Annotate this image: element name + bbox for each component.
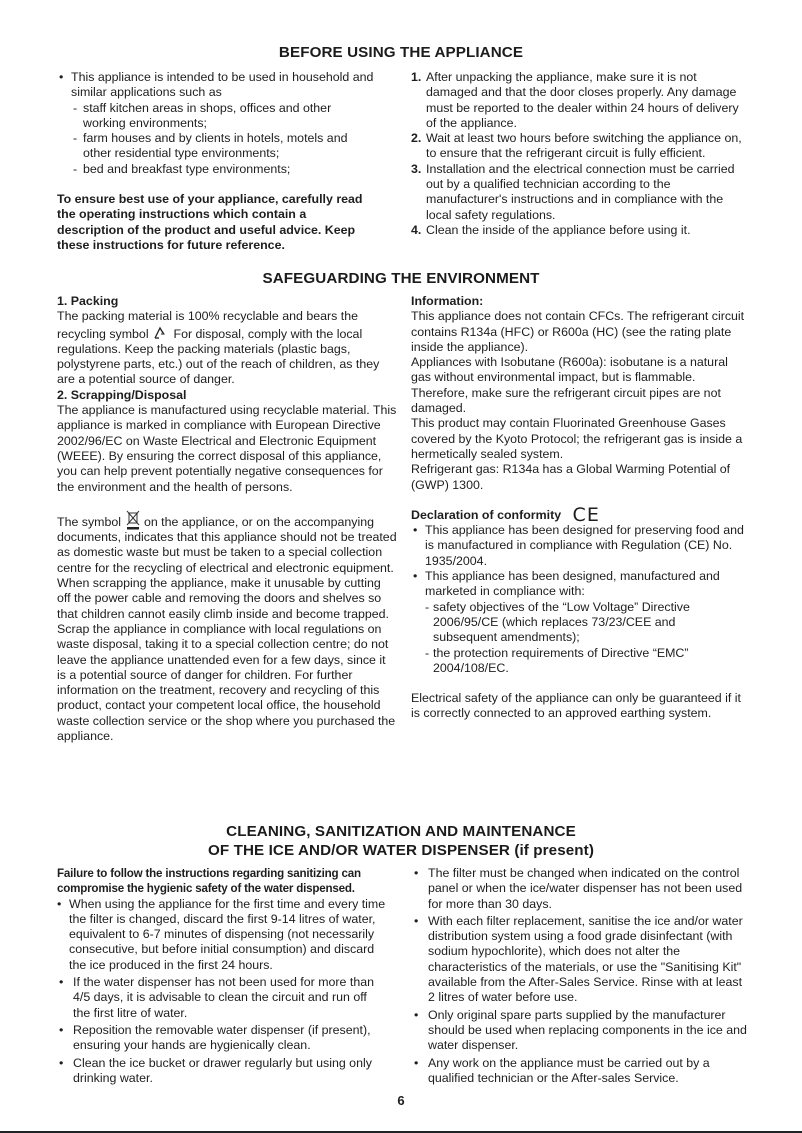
- bullet-glyph: •: [413, 569, 417, 584]
- information-para: Appliances with Isobutane (R600a): isobu…: [411, 355, 751, 416]
- bullet-glyph: •: [413, 523, 417, 538]
- cleaning-bullet: • Only original spare parts supplied by …: [412, 1008, 748, 1054]
- sub-item: - staff kitchen areas in shops, offices …: [57, 101, 377, 132]
- conformity-sub-item: - the protection requirements of Directi…: [411, 646, 729, 677]
- cleaning-bullet-text: The filter must be changed when indicate…: [428, 866, 742, 911]
- before-using-left-column: • This appliance is intended to be used …: [57, 70, 377, 253]
- intended-use-text: This appliance is intended to be used in…: [71, 70, 373, 99]
- environment-left-column: 1. Packing The packing material is 100% …: [57, 294, 397, 744]
- scrapping-para-1: The appliance is manufactured using recy…: [57, 403, 397, 495]
- dash-glyph: -: [73, 131, 77, 146]
- cleaning-bullet: • Any work on the appliance must be carr…: [412, 1056, 748, 1087]
- before-using-steps: 1. After unpacking the appliance, make s…: [411, 70, 747, 238]
- sub-item: - farm houses and by clients in hotels, …: [57, 131, 377, 162]
- environment-right-column: Information: This appliance does not con…: [411, 294, 751, 722]
- cleaning-bullet-text: Clean the ice bucket or drawer regularly…: [73, 1056, 372, 1085]
- step-item: 2. Wait at least two hours before switch…: [411, 131, 747, 162]
- cleaning-bullet-text: When using the appliance for the first t…: [69, 897, 385, 972]
- conformity-sub-text: the protection requirements of Directive…: [433, 646, 688, 675]
- cleaning-bullet-text: Only original spare parts supplied by th…: [428, 1008, 747, 1053]
- dash-glyph: -: [425, 600, 429, 615]
- step-text: Clean the inside of the appliance before…: [426, 223, 691, 237]
- information-para: Refrigerant gas: R134a has a Global Warm…: [411, 462, 751, 493]
- sub-item: - bed and breakfast type environments;: [57, 162, 377, 177]
- weee-symbol-para: The symbol on the appliance, or on the a…: [57, 510, 397, 576]
- bullet-glyph: •: [59, 975, 63, 990]
- cleaning-title-line-2: OF THE ICE AND/OR WATER DISPENSER (if pr…: [0, 841, 802, 860]
- intended-use-bullet: • This appliance is intended to be used …: [57, 70, 377, 101]
- dash-glyph: -: [425, 646, 429, 661]
- cleaning-bullet-text: Reposition the removable water dispenser…: [73, 1023, 371, 1052]
- conformity-heading-text: Declaration of conformity: [411, 508, 561, 522]
- conformity-bullet-text: This appliance has been designed, manufa…: [425, 569, 720, 598]
- conformity-sub-item: - safety objectives of the “Low Voltage”…: [411, 600, 729, 646]
- bullet-glyph: •: [59, 1056, 63, 1071]
- cleaning-bullet: • If the water dispenser has not been us…: [57, 975, 387, 1021]
- dash-glyph: -: [73, 101, 77, 116]
- sub-item-text: bed and breakfast type environments;: [83, 162, 290, 176]
- step-item: 4. Clean the inside of the appliance bef…: [411, 223, 747, 238]
- conformity-heading: Declaration of conformity CE: [411, 508, 751, 523]
- information-heading: Information:: [411, 294, 751, 309]
- step-item: 3. Installation and the electrical conne…: [411, 162, 747, 223]
- conformity-bullet: • This appliance has been designed, manu…: [411, 569, 751, 600]
- cleaning-title-line-1: CLEANING, SANITIZATION AND MAINTENANCE: [0, 822, 802, 841]
- cleaning-bullet-text: Any work on the appliance must be carrie…: [428, 1056, 710, 1085]
- information-para: This appliance does not contain CFCs. Th…: [411, 309, 751, 355]
- step-number: 3.: [411, 162, 421, 177]
- conformity-bullet-text: This appliance has been designed for pre…: [425, 523, 744, 568]
- crossed-bin-icon: [126, 510, 140, 530]
- step-text: Installation and the electrical connecti…: [426, 162, 735, 222]
- cleaning-bullet: • With each filter replacement, sanitise…: [412, 914, 748, 1006]
- scrapping-para-4: Scrap the appliance in compliance with l…: [57, 622, 397, 744]
- packing-heading: 1. Packing: [57, 294, 397, 309]
- sub-item-text: farm houses and by clients in hotels, mo…: [83, 131, 347, 160]
- sanitizing-warning: Failure to follow the instructions regar…: [57, 866, 387, 897]
- cleaning-bullet: • Reposition the removable water dispens…: [57, 1023, 387, 1054]
- cleaning-bullet: • When using the appliance for the first…: [57, 897, 387, 973]
- bullet-glyph: •: [59, 1023, 63, 1038]
- step-item: 1. After unpacking the appliance, make s…: [411, 70, 747, 131]
- step-number: 2.: [411, 131, 421, 146]
- cleaning-bullet-text: With each filter replacement, sanitise t…: [428, 914, 743, 1004]
- sub-item-text: staff kitchen areas in shops, offices an…: [83, 101, 331, 130]
- bullet-glyph: •: [414, 866, 418, 881]
- read-instructions-note: To ensure best use of your appliance, ca…: [57, 192, 372, 253]
- recycling-symbol-icon: [153, 325, 169, 341]
- weee-text-start: The symbol: [57, 515, 121, 529]
- ce-mark-icon: CE: [573, 508, 600, 523]
- bullet-glyph: •: [414, 914, 418, 929]
- cleaning-bullet-text: If the water dispenser has not been used…: [73, 975, 374, 1020]
- cleaning-left-column: Failure to follow the instructions regar…: [57, 866, 387, 1088]
- page-number: 6: [0, 1093, 802, 1108]
- bullet-glyph: •: [414, 1008, 418, 1023]
- conformity-bullet: • This appliance has been designed for p…: [411, 523, 751, 569]
- dash-glyph: -: [73, 162, 77, 177]
- packing-text: The packing material is 100% recyclable …: [57, 309, 397, 387]
- cleaning-bullet: • Clean the ice bucket or drawer regular…: [57, 1056, 387, 1087]
- step-text: After unpacking the appliance, make sure…: [426, 70, 739, 130]
- step-text: Wait at least two hours before switching…: [426, 131, 742, 160]
- bullet-glyph: •: [59, 70, 63, 85]
- section-title-before-using: BEFORE USING THE APPLIANCE: [0, 45, 802, 60]
- bullet-glyph: •: [414, 1056, 418, 1071]
- conformity-sub-text: safety objectives of the “Low Voltage” D…: [433, 600, 690, 645]
- scrapping-para-3: When scrapping the appliance, make it un…: [57, 576, 397, 622]
- cleaning-right-column: • The filter must be changed when indica…: [412, 866, 748, 1088]
- step-number: 4.: [411, 223, 421, 238]
- cleaning-bullet: • The filter must be changed when indica…: [412, 866, 748, 912]
- electrical-safety-note: Electrical safety of the appliance can o…: [411, 691, 751, 722]
- section-title-environment: SAFEGUARDING THE ENVIRONMENT: [0, 271, 802, 286]
- bullet-glyph: •: [57, 897, 61, 912]
- scrapping-heading: 2. Scrapping/Disposal: [57, 388, 397, 403]
- step-number: 1.: [411, 70, 421, 85]
- section-title-cleaning: CLEANING, SANITIZATION AND MAINTENANCE O…: [0, 822, 802, 860]
- information-para: This product may contain Fluorinated Gre…: [411, 416, 751, 462]
- manual-page: BEFORE USING THE APPLIANCE • This applia…: [0, 0, 802, 1133]
